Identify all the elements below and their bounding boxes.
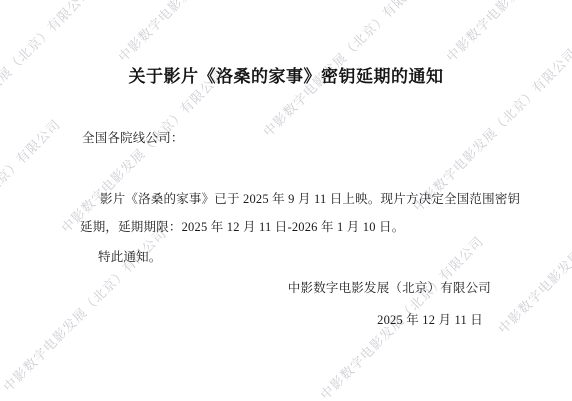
- notice-title: 关于影片《洛桑的家事》密钥延期的通知: [0, 62, 572, 87]
- salutation: 全国各院线公司：: [82, 128, 184, 146]
- body-line-2: 延期，延期期限：2025 年 12 月 11 日-2026 年 1 月 10 日…: [80, 217, 404, 235]
- body-line-1: 影片《洛桑的家事》已于 2025 年 9 月 11 日上映。现片方决定全国范围密…: [100, 189, 520, 207]
- signature-company: 中影数字电影发展（北京）有限公司: [288, 278, 491, 296]
- closing-line: 特此通知。: [98, 247, 162, 265]
- notice-date: 2025 年 12 月 11 日: [377, 310, 483, 328]
- notice-document-page: 中影数字电影发展（北京）有限公司 中影数字电影发展（北京）有限公司 中影数字电影…: [0, 0, 572, 401]
- notice-content: 关于影片《洛桑的家事》密钥延期的通知 全国各院线公司： 影片《洛桑的家事》已于 …: [0, 0, 572, 401]
